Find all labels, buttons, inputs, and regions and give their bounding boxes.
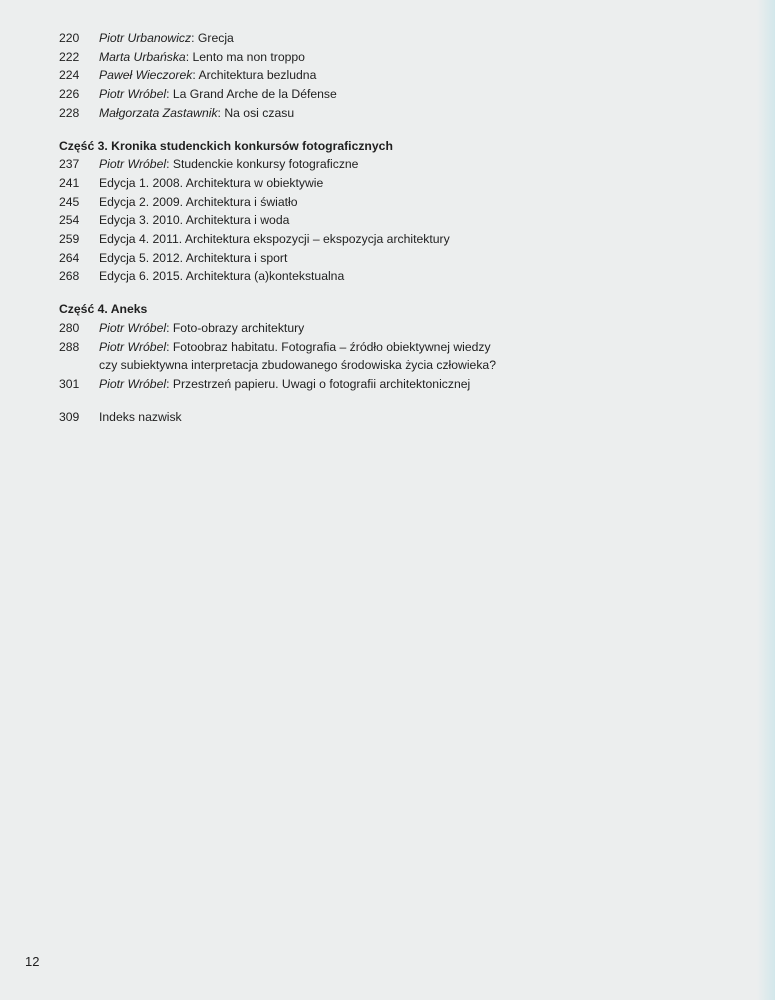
toc-entry: 268Edycja 6. 2015. Architektura (a)konte… xyxy=(59,267,699,286)
toc-entry-index: 309 Indeks nazwisk xyxy=(59,408,699,427)
entry-text: Małgorzata Zastawnik: Na osi czasu xyxy=(99,104,699,123)
entry-title: La Grand Arche de la Défense xyxy=(173,87,337,101)
toc-entry: 254Edycja 3. 2010. Architektura i woda xyxy=(59,211,699,230)
entry-title-continued: czy subiektywna interpretacja zbudowaneg… xyxy=(99,358,496,372)
entry-page: 226 xyxy=(59,85,99,104)
toc-entry: 220Piotr Urbanowicz: Grecja xyxy=(59,29,699,48)
entry-page: 254 xyxy=(59,211,99,230)
entry-title: Indeks nazwisk xyxy=(99,408,699,427)
entry-text: Marta Urbańska: Lento ma non troppo xyxy=(99,48,699,67)
entry-title: Architektura bezludna xyxy=(198,68,316,82)
entry-title: Fotoobraz habitatu. Fotografia – źródło … xyxy=(173,340,491,354)
toc-entry: 245Edycja 2. 2009. Architektura i światł… xyxy=(59,193,699,212)
entry-page: 268 xyxy=(59,267,99,286)
entry-title: Edycja 6. 2015. Architektura (a)kontekst… xyxy=(99,269,344,283)
entry-page: 220 xyxy=(59,29,99,48)
toc-entry: 264Edycja 5. 2012. Architektura i sport xyxy=(59,249,699,268)
toc-entry: 228Małgorzata Zastawnik: Na osi czasu xyxy=(59,104,699,123)
part4-entries: 280Piotr Wróbel: Foto-obrazy architektur… xyxy=(59,319,699,394)
entry-title: Na osi czasu xyxy=(224,106,294,120)
entry-text: Piotr Wróbel: Fotoobraz habitatu. Fotogr… xyxy=(99,338,699,375)
entry-page: 237 xyxy=(59,155,99,174)
toc-entry: 259Edycja 4. 2011. Architektura ekspozyc… xyxy=(59,230,699,249)
page-number: 12 xyxy=(25,954,39,969)
entry-text: Piotr Urbanowicz: Grecja xyxy=(99,29,699,48)
toc-entry: 241Edycja 1. 2008. Architektura w obiekt… xyxy=(59,174,699,193)
part2-entries: 220Piotr Urbanowicz: Grecja222Marta Urba… xyxy=(59,29,699,123)
entry-text: Paweł Wieczorek: Architektura bezludna xyxy=(99,66,699,85)
entry-author: Piotr Wróbel xyxy=(99,340,166,354)
section-title-part4: Część 4. Aneks xyxy=(59,300,699,319)
entry-text: Piotr Wróbel: La Grand Arche de la Défen… xyxy=(99,85,699,104)
entry-title: Studenckie konkursy fotograficzne xyxy=(173,157,359,171)
entry-page: 280 xyxy=(59,319,99,338)
entry-title: Lento ma non troppo xyxy=(192,50,304,64)
entry-author: Piotr Wróbel xyxy=(99,321,166,335)
entry-text: Edycja 6. 2015. Architektura (a)kontekst… xyxy=(99,267,699,286)
entry-page: 288 xyxy=(59,338,99,375)
entry-text: Edycja 3. 2010. Architektura i woda xyxy=(99,211,699,230)
entry-title: Edycja 1. 2008. Architektura w obiektywi… xyxy=(99,176,323,190)
entry-author: Piotr Wróbel xyxy=(99,87,166,101)
entry-text: Edycja 1. 2008. Architektura w obiektywi… xyxy=(99,174,699,193)
entry-author: Paweł Wieczorek xyxy=(99,68,192,82)
entry-page: 228 xyxy=(59,104,99,123)
entry-page: 259 xyxy=(59,230,99,249)
entry-page: 301 xyxy=(59,375,99,394)
entry-author: Marta Urbańska xyxy=(99,50,186,64)
table-of-contents: 220Piotr Urbanowicz: Grecja222Marta Urba… xyxy=(59,29,699,426)
entry-page: 245 xyxy=(59,193,99,212)
entry-page: 241 xyxy=(59,174,99,193)
entry-author: Piotr Urbanowicz xyxy=(99,31,191,45)
part3-entries: 237Piotr Wróbel: Studenckie konkursy fot… xyxy=(59,155,699,286)
entry-text: Edycja 5. 2012. Architektura i sport xyxy=(99,249,699,268)
section-title-part3: Część 3. Kronika studenckich konkursów f… xyxy=(59,137,699,156)
entry-title: Edycja 3. 2010. Architektura i woda xyxy=(99,213,289,227)
scan-edge-tint xyxy=(757,0,775,1000)
entry-text: Piotr Wróbel: Przestrzeń papieru. Uwagi … xyxy=(99,375,699,394)
entry-text: Piotr Wróbel: Studenckie konkursy fotogr… xyxy=(99,155,699,174)
entry-author: Małgorzata Zastawnik xyxy=(99,106,218,120)
toc-entry: 280Piotr Wróbel: Foto-obrazy architektur… xyxy=(59,319,699,338)
entry-author: Piotr Wróbel xyxy=(99,377,166,391)
entry-title: Edycja 5. 2012. Architektura i sport xyxy=(99,251,287,265)
toc-entry: 301Piotr Wróbel: Przestrzeń papieru. Uwa… xyxy=(59,375,699,394)
toc-entry: 288Piotr Wróbel: Fotoobraz habitatu. Fot… xyxy=(59,338,699,375)
entry-author: Piotr Wróbel xyxy=(99,157,166,171)
toc-entry: 226Piotr Wróbel: La Grand Arche de la Dé… xyxy=(59,85,699,104)
entry-page: 224 xyxy=(59,66,99,85)
entry-title: Przestrzeń papieru. Uwagi o fotografii a… xyxy=(173,377,470,391)
toc-entry: 237Piotr Wróbel: Studenckie konkursy fot… xyxy=(59,155,699,174)
entry-title: Edycja 2. 2009. Architektura i światło xyxy=(99,195,298,209)
entry-text: Edycja 2. 2009. Architektura i światło xyxy=(99,193,699,212)
entry-page: 264 xyxy=(59,249,99,268)
entry-title: Foto-obrazy architektury xyxy=(173,321,304,335)
toc-entry: 224Paweł Wieczorek: Architektura bezludn… xyxy=(59,66,699,85)
entry-page: 309 xyxy=(59,408,99,427)
entry-title: Edycja 4. 2011. Architektura ekspozycji … xyxy=(99,232,450,246)
entry-text: Piotr Wróbel: Foto-obrazy architektury xyxy=(99,319,699,338)
entry-page: 222 xyxy=(59,48,99,67)
toc-entry: 222Marta Urbańska: Lento ma non troppo xyxy=(59,48,699,67)
entry-text: Edycja 4. 2011. Architektura ekspozycji … xyxy=(99,230,699,249)
entry-title: Grecja xyxy=(198,31,234,45)
